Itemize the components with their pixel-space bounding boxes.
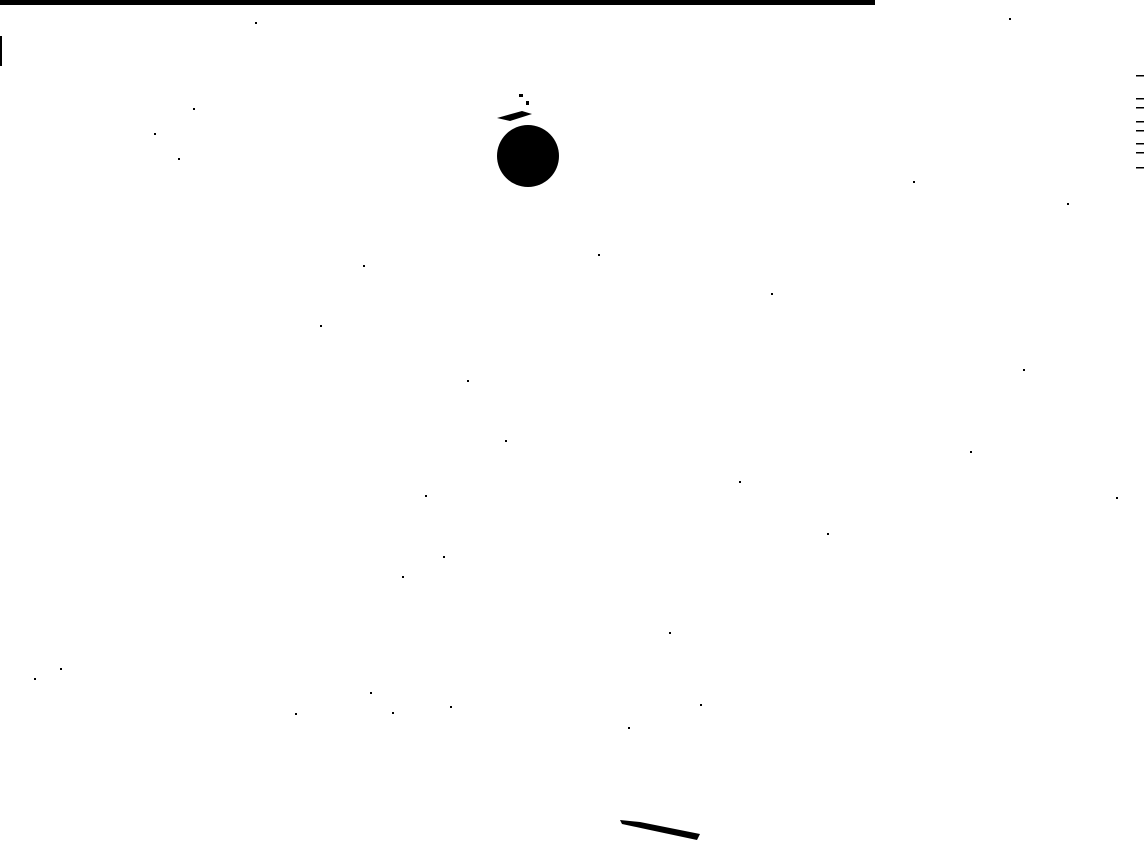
scanned-page [0, 0, 1144, 864]
edge-ticks [1136, 75, 1144, 169]
ink-blot [497, 94, 559, 187]
ink-streak [620, 820, 700, 840]
dust-specks [34, 18, 1118, 729]
scan-artifacts [0, 0, 1144, 864]
